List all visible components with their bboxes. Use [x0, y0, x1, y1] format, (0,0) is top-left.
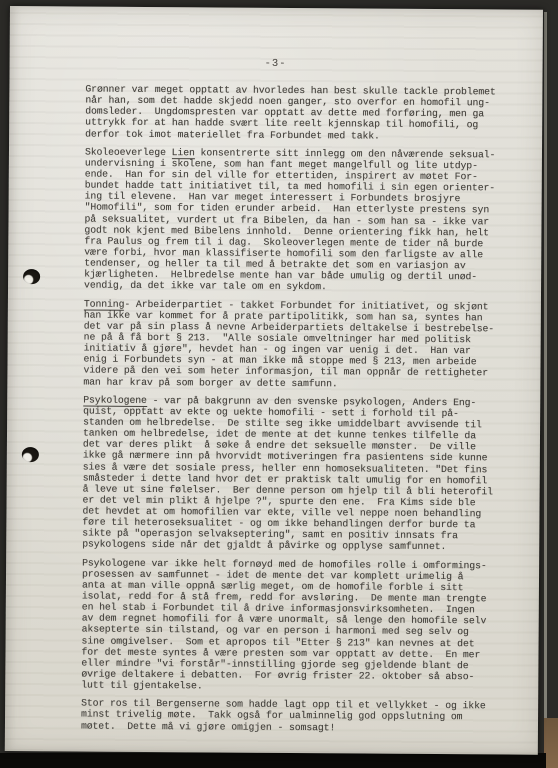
hole-punch-top [23, 269, 40, 284]
paragraph-1: Grønner var meget opptatt av hvorledes h… [85, 84, 521, 143]
paragraph-4: Psykologene - var på bakgrunn av den sve… [82, 394, 519, 553]
document-page: -3- Grønner var meget opptatt av hvorled… [5, 6, 543, 755]
underlined-word: Tonning [84, 298, 125, 310]
scanner-bottom-band [0, 753, 546, 768]
paragraph-6: Stor ros til Bergenserne som hadde lagt … [81, 698, 517, 734]
paragraph-3: Tonning- Arbeiderpartiet - takket Forbun… [83, 298, 520, 390]
page-number: -3- [246, 58, 306, 70]
paragraph-2: Skoleoeverlege Lien konsentrerte sitt in… [84, 146, 521, 294]
text-body: Grønner var meget opptatt av hvorledes h… [81, 84, 522, 742]
hole-punch-bottom [22, 447, 39, 462]
underlying-page-edge [544, 12, 547, 752]
desk-corner [544, 718, 558, 768]
paragraph-5: Psykologene var ikke helt fornøyd med de… [81, 557, 518, 694]
